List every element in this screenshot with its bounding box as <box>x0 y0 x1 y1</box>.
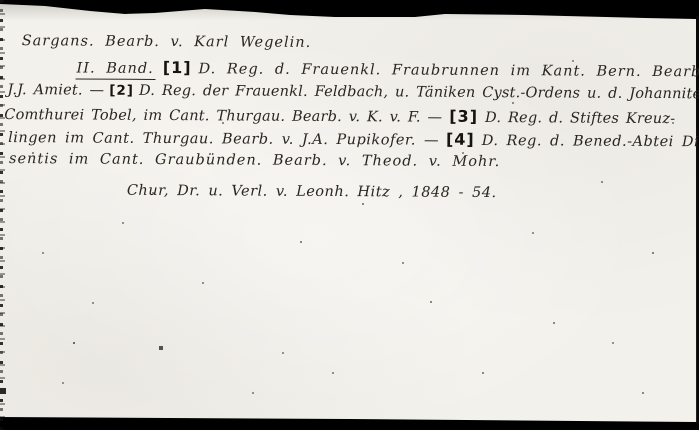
handwritten-text: D. Reg. d. Bened.-Abtei Di- <box>482 133 699 150</box>
scanned-page: Sargans. Bearb. v. Karl Wegelin.II. Band… <box>0 0 699 430</box>
text-line: Sargans. Bearb. v. Karl Wegelin. <box>22 30 312 55</box>
handwritten-text: Sargans. Bearb. v. Karl Wegelin. <box>22 33 312 51</box>
handwritten-text: D. Reg. d. Stiftes Kreuz- <box>485 110 675 127</box>
entry-number-stamp: [1] <box>163 58 192 77</box>
handwritten-text: sentis im Cant. Graubünden. Bearb. v. Th… <box>9 151 500 170</box>
handwritten-text: D. Reg. d. Frauenkl. Fraubrunnen im Kant… <box>199 61 699 80</box>
handwritten-text: Comthurei Tobel, im Cant. Thurgau. Bearb… <box>4 107 442 126</box>
handwritten-text: D. Reg. der Frauenkl. Feldbach, u. Tänik… <box>139 83 699 103</box>
text-block: Sargans. Bearb. v. Karl Wegelin.II. Band… <box>0 0 699 430</box>
entry-number-stamp: [3] <box>449 107 478 126</box>
volume-heading: II. Band. <box>76 60 156 79</box>
text-line: Chur, Dr. u. Verl. v. Leonh. Hitz , 1848… <box>127 180 497 205</box>
handwritten-text: Chur, Dr. u. Verl. v. Leonh. Hitz , 1848… <box>127 183 497 201</box>
handwritten-text: J.J. Amiet. — <box>7 82 104 99</box>
handwritten-text: lingen im Cant. Thurgau. Bearb. v. J.A. … <box>8 130 439 149</box>
entry-number-stamp: [2] <box>109 83 134 99</box>
entry-number-stamp: [4] <box>446 130 475 149</box>
text-line: sentis im Cant. Graubünden. Bearb. v. Th… <box>9 148 500 174</box>
